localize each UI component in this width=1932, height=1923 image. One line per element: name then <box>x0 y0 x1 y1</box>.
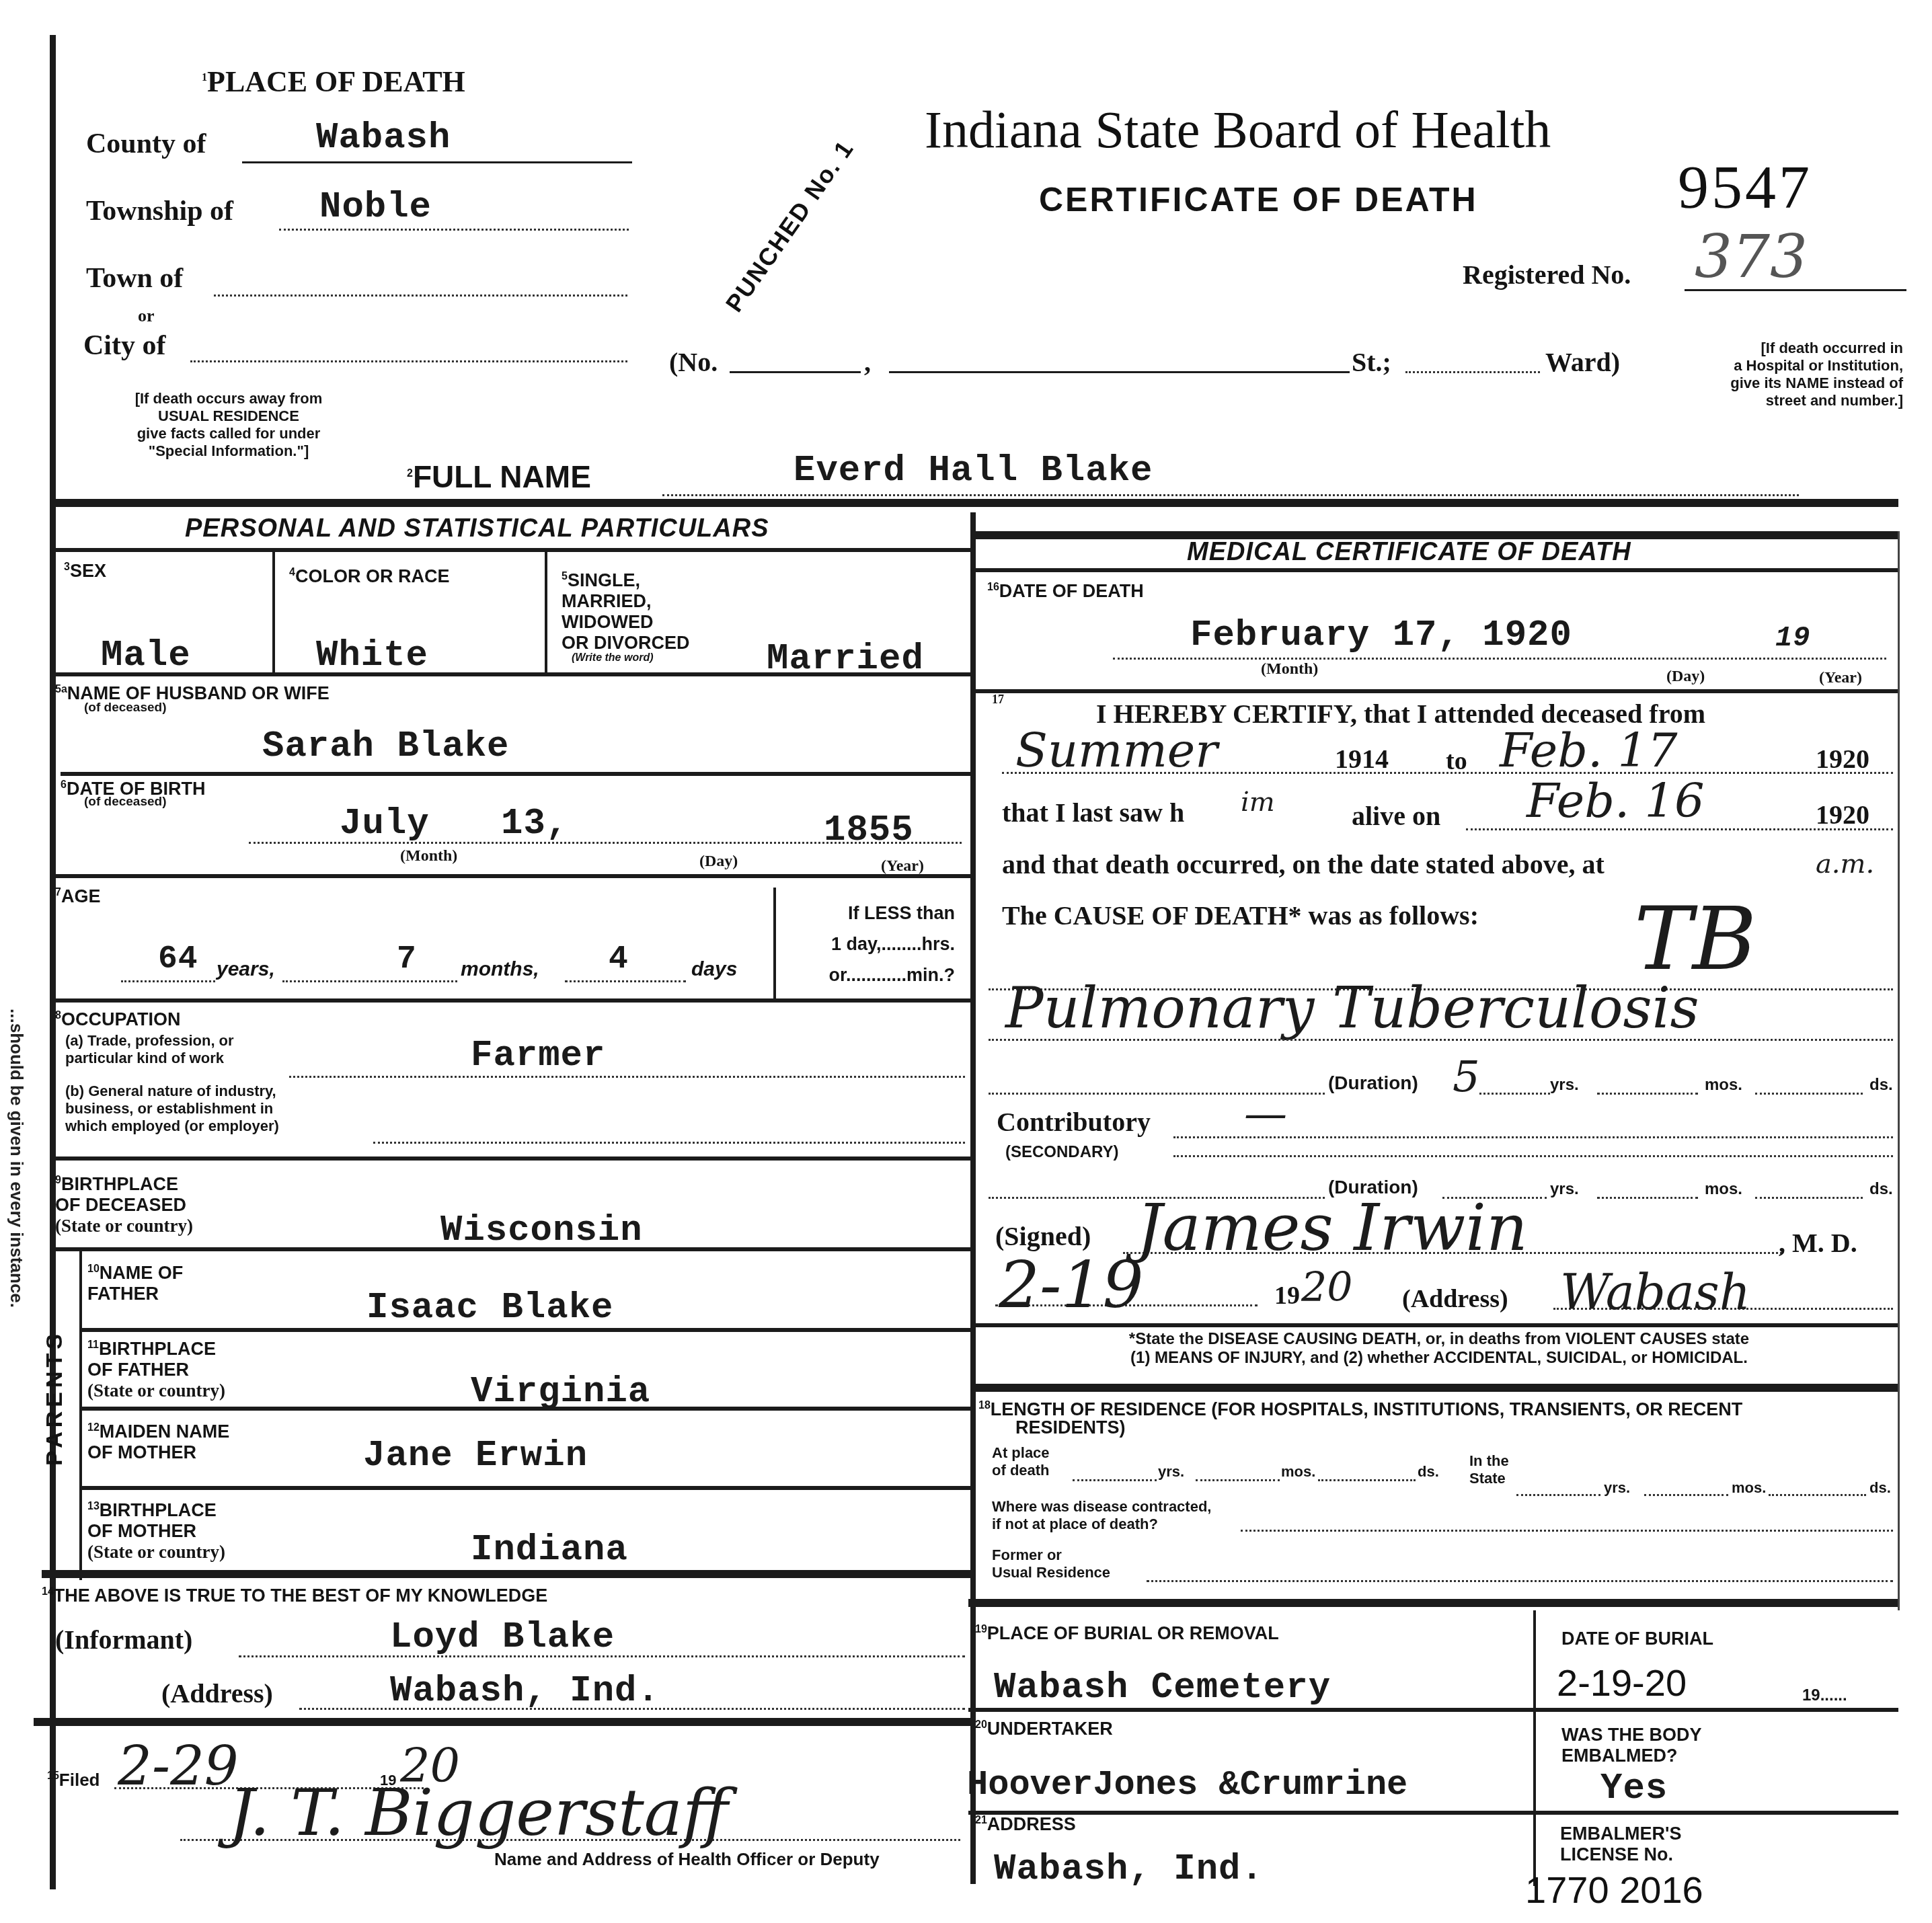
street-line <box>889 371 1350 373</box>
license-label: EMBALMER'S LICENSE No. <box>1560 1823 1681 1865</box>
age-rule <box>52 998 970 1003</box>
informant-statement: 14THE ABOVE IS TRUE TO THE BEST OF MY KN… <box>42 1581 547 1606</box>
mother-birthplace-value: Indiana <box>471 1530 628 1571</box>
medical-footnote: *State the DISEASE CAUSING DEATH, or, in… <box>1009 1330 1869 1368</box>
hospital-note: [If death occurred in a Hospital or Inst… <box>1661 340 1903 409</box>
embalmed-label: WAS THE BODY EMBALMED? <box>1561 1725 1702 1766</box>
spouse-value: Sarah Blake <box>262 726 509 767</box>
residence-heading: 18LENGTH OF RESIDENCE (FOR HOSPITALS, IN… <box>978 1395 1742 1420</box>
township-line <box>279 229 629 231</box>
age-label: 7AGE <box>55 882 100 907</box>
county-value: Wabash <box>316 118 451 159</box>
city-label: City of <box>83 329 165 362</box>
town-label: Town of <box>86 262 183 295</box>
attended-from: Summer <box>1015 723 1218 778</box>
form-title: CERTIFICATE OF DEATH <box>1039 180 1478 219</box>
footnote-rule <box>976 1384 1898 1392</box>
at-place-mos-line <box>1196 1479 1280 1481</box>
header-divider <box>52 499 1898 507</box>
age-years-label: years, <box>217 958 275 981</box>
certify-number: 17 <box>992 693 1004 707</box>
sex-label: 3SEX <box>64 557 106 582</box>
informant-address-label: (Address) <box>161 1678 273 1709</box>
town-line <box>214 295 627 297</box>
registered-no-label: Registered No. <box>1463 259 1631 290</box>
duration-mos-2: mos. <box>1705 1180 1742 1199</box>
at-place-label: At place of death <box>992 1444 1050 1479</box>
duration-label-1: (Duration) <box>1328 1072 1418 1094</box>
embalmed-value: Yes <box>1600 1768 1668 1809</box>
medical-address-value: Wabash <box>1560 1264 1750 1321</box>
md-label: , M. D. <box>1779 1227 1857 1259</box>
age-divider <box>773 888 776 998</box>
race-value: White <box>316 635 428 676</box>
death-day-caption: (Day) <box>1666 668 1705 686</box>
father-birthplace-label: 11BIRTHPLACE OF FATHER (State or country… <box>87 1335 225 1401</box>
in-state-yrs: yrs. <box>1604 1479 1630 1497</box>
father-name-value: Isaac Blake <box>366 1288 613 1329</box>
ward-line <box>1405 371 1540 373</box>
dob-sub: (of deceased) <box>84 795 166 810</box>
occupation-label: 8OCCUPATION <box>55 1005 180 1030</box>
at-place-yrs-line <box>1073 1479 1157 1481</box>
death-year-caption: (Year) <box>1819 669 1862 687</box>
signed-year-prefix: 19 <box>1274 1281 1300 1310</box>
dob-month-caption: (Month) <box>400 847 457 865</box>
duration-yrs-line-1 <box>1479 1093 1550 1095</box>
date-of-death-label: 16DATE OF DEATH <box>987 577 1144 602</box>
age-months-line <box>282 980 457 982</box>
duration-mos-line-1 <box>1597 1093 1698 1095</box>
signed-year: 20 <box>1301 1264 1352 1311</box>
margin-note: ...should be given in every instance. <box>6 1009 27 1308</box>
date-of-death-value: February 17, 1920 <box>1190 615 1572 656</box>
undertaker-value: HooverJones &Crumrine <box>967 1765 1407 1805</box>
age-days-value: 4 <box>609 941 629 978</box>
at-place-mos: mos. <box>1281 1463 1315 1481</box>
burial-place-label: 19PLACE OF BURIAL OR REMOVAL <box>975 1619 1279 1644</box>
mother-name-rule <box>82 1486 970 1490</box>
age-years-value: 64 <box>158 941 198 978</box>
in-state-mos-line <box>1644 1494 1728 1496</box>
mother-name-label: 12MAIDEN NAME OF MOTHER <box>87 1417 229 1463</box>
full-name-value: Everd Hall Blake <box>794 450 1153 492</box>
street-no-line <box>730 371 861 373</box>
at-place-ds: ds. <box>1418 1463 1439 1481</box>
age-days-line <box>565 980 686 982</box>
medical-heading-rule <box>976 568 1898 572</box>
filed-value: 2-29 <box>118 1735 239 1797</box>
medical-address-label: (Address) <box>1402 1284 1508 1314</box>
signed-rule <box>976 1323 1898 1327</box>
column-divider <box>970 512 976 1884</box>
race-label: 4COLOR OR RACE <box>289 562 449 587</box>
at-place-yrs: yrs. <box>1158 1463 1184 1481</box>
occupation-a-line <box>289 1076 965 1078</box>
last-saw-pronoun: im <box>1241 787 1275 818</box>
board-title: Indiana State Board of Health <box>925 100 1551 160</box>
left-border <box>50 35 56 1889</box>
sex-value: Male <box>101 635 191 676</box>
contracted-label: Where was disease contracted, if not at … <box>992 1498 1211 1533</box>
city-line <box>190 360 627 362</box>
attended-to: Feb. 17 <box>1500 723 1678 778</box>
license-value: 1770 2016 <box>1525 1868 1703 1912</box>
comma: , <box>864 346 871 378</box>
dob-month: July <box>340 803 430 845</box>
birthplace-rule <box>52 1247 970 1251</box>
burial-date-value: 2-19-20 <box>1557 1661 1687 1704</box>
age-days-label: days <box>691 958 737 981</box>
occupation-a-label: (a) Trade, profession, or particular kin… <box>65 1032 234 1067</box>
death-month-caption: (Month) <box>1261 660 1318 678</box>
personal-heading-rule <box>52 548 970 552</box>
township-value: Noble <box>319 187 432 228</box>
signed-date: 2-19 <box>999 1247 1144 1323</box>
burial-place-rule <box>968 1708 1898 1712</box>
birthplace-value: Wisconsin <box>440 1210 643 1251</box>
in-state-mos: mos. <box>1732 1479 1766 1497</box>
parents-side-label: PARENTS <box>42 1330 68 1466</box>
row1-rule <box>52 672 970 676</box>
or-label: or <box>138 306 155 326</box>
dob-year: 1855 <box>824 810 914 851</box>
informant-value: Loyd Blake <box>390 1617 615 1658</box>
health-officer-signature: J. T. Biggerstaff <box>229 1775 728 1850</box>
birthplace-label: 9BIRTHPLACE OF DECEASED (State or countr… <box>55 1170 193 1237</box>
signed-value: James Irwin <box>1136 1190 1528 1265</box>
dob-rule <box>52 874 970 878</box>
burial-divider <box>1533 1610 1536 1886</box>
occurred-time: a.m. <box>1816 849 1874 879</box>
away-note: [If death occurs away from USUAL RESIDEN… <box>94 390 363 460</box>
cause-value: Pulmonary Tuberculosis <box>1005 975 1699 1041</box>
street-label: St.; <box>1352 346 1391 378</box>
occurred-text: and that death occurred, on the date sta… <box>1002 849 1605 880</box>
burial-date-label: DATE OF BURIAL <box>1561 1628 1713 1649</box>
father-name-label: 10NAME OF FATHER <box>87 1259 183 1304</box>
informant-label: (Informant) <box>55 1624 192 1655</box>
in-state-ds: ds. <box>1869 1479 1891 1497</box>
father-birthplace-rule <box>82 1407 970 1411</box>
age-months-label: months, <box>461 958 539 981</box>
filed-label: 15Filed <box>47 1770 100 1791</box>
race-marital-divider <box>545 551 547 672</box>
duration-ds-line-1 <box>1755 1093 1863 1095</box>
marital-hint: (Write the word) <box>572 652 653 664</box>
to-label: to <box>1446 746 1467 776</box>
duration-mos-1: mos. <box>1705 1076 1742 1095</box>
marital-label: 5SINGLE, MARRIED, WIDOWED OR DIVORCED <box>562 566 690 654</box>
parents-divider <box>79 1251 82 1580</box>
duration-mos-line-2 <box>1597 1197 1698 1199</box>
spouse-sub: (of deceased) <box>84 701 166 715</box>
medical-heading: MEDICAL CERTIFICATE OF DEATH <box>1187 538 1631 567</box>
mother-birthplace-label: 13BIRTHPLACE OF MOTHER (State or country… <box>87 1496 225 1563</box>
former-residence-line <box>1147 1580 1893 1582</box>
residence-heading-cont: RESIDENTS) <box>1015 1417 1126 1438</box>
right-border <box>1898 531 1900 1610</box>
street-no-label: (No. <box>669 346 718 378</box>
parents-rule <box>42 1570 970 1578</box>
dob-year-caption: (Year) <box>881 857 924 875</box>
duration-yrs-2: yrs. <box>1550 1180 1579 1199</box>
full-name-line <box>662 494 1799 496</box>
date-of-death-rule <box>976 689 1898 693</box>
occupation-b-label: (b) General nature of industry, business… <box>65 1083 279 1135</box>
date-of-death-year-prefix: 19 <box>1775 622 1810 654</box>
contracted-line <box>1241 1530 1893 1532</box>
cause-line-2 <box>989 1039 1893 1041</box>
health-officer-caption: Name and Address of Health Officer or De… <box>494 1849 880 1870</box>
ward-label: Ward) <box>1545 346 1620 378</box>
date-of-death-line <box>1113 658 1886 660</box>
secondary-label: (SECONDARY) <box>1005 1143 1118 1162</box>
last-saw-date: Feb. 16 <box>1527 773 1705 828</box>
punched-stamp: PUNCHED No. 1 <box>720 135 860 317</box>
informant-address-value: Wabash, Ind. <box>390 1671 660 1712</box>
contributory-label: Contributory <box>997 1106 1151 1138</box>
dob-day-caption: (Day) <box>699 853 738 871</box>
burial-date-suffix: 19...... <box>1802 1686 1847 1705</box>
contributory-line-2 <box>1173 1155 1893 1157</box>
burial-address-label: 21ADDRESS <box>975 1810 1076 1835</box>
occupation-value: Farmer <box>471 1035 605 1076</box>
personal-heading: PERSONAL AND STATISTICAL PARTICULARS <box>185 514 769 543</box>
residence-rule <box>968 1599 1898 1607</box>
at-place-ds-line <box>1318 1479 1416 1481</box>
informant-rule <box>34 1718 970 1726</box>
attended-from-year: 1914 <box>1335 743 1389 775</box>
township-label: Township of <box>86 195 233 227</box>
age-months-value: 7 <box>397 941 417 978</box>
file-number: 9547 <box>1678 151 1812 223</box>
mother-name-value: Jane Erwin <box>363 1436 588 1477</box>
less-than-day: If LESS than 1 day,........hrs. or......… <box>790 898 955 990</box>
cause-text: The CAUSE OF DEATH* was as follows: <box>1002 900 1479 931</box>
former-residence-label: Former or Usual Residence <box>992 1546 1110 1581</box>
duration-ds-line-2 <box>1755 1197 1863 1199</box>
sex-race-divider <box>272 551 275 672</box>
duration-years: 5 <box>1453 1052 1480 1102</box>
county-label: County of <box>86 128 206 160</box>
in-state-ds-line <box>1769 1494 1866 1496</box>
in-state-label: In the State <box>1469 1452 1509 1487</box>
full-name-label: 2FULL NAME <box>407 459 591 495</box>
in-state-yrs-line <box>1516 1494 1600 1496</box>
contributory-value: — <box>1244 1089 1287 1139</box>
last-saw-text-b: alive on <box>1352 800 1440 832</box>
dob-day: 13, <box>501 803 568 845</box>
last-saw-text-a: that I last saw h <box>1002 797 1184 828</box>
county-line <box>242 161 632 163</box>
burial-place-value: Wabash Cemetery <box>994 1667 1331 1709</box>
duration-ds-1: ds. <box>1869 1076 1893 1095</box>
burial-address-value: Wabash, Ind. <box>994 1849 1264 1890</box>
duration-yrs-1: yrs. <box>1550 1076 1579 1095</box>
undertaker-label: 20UNDERTAKER <box>975 1715 1113 1739</box>
registered-no-value: 373 <box>1695 222 1808 291</box>
occupation-b-line <box>373 1142 965 1144</box>
place-of-death-heading: 1PLACE OF DEATH <box>202 65 465 99</box>
last-saw-year: 1920 <box>1816 799 1869 830</box>
father-name-rule <box>82 1328 970 1332</box>
attended-to-year: 1920 <box>1816 743 1869 775</box>
undertaker-rule <box>968 1811 1898 1815</box>
occupation-rule <box>52 1156 970 1161</box>
age-years-line <box>121 980 215 982</box>
duration-ds-2: ds. <box>1869 1180 1893 1199</box>
